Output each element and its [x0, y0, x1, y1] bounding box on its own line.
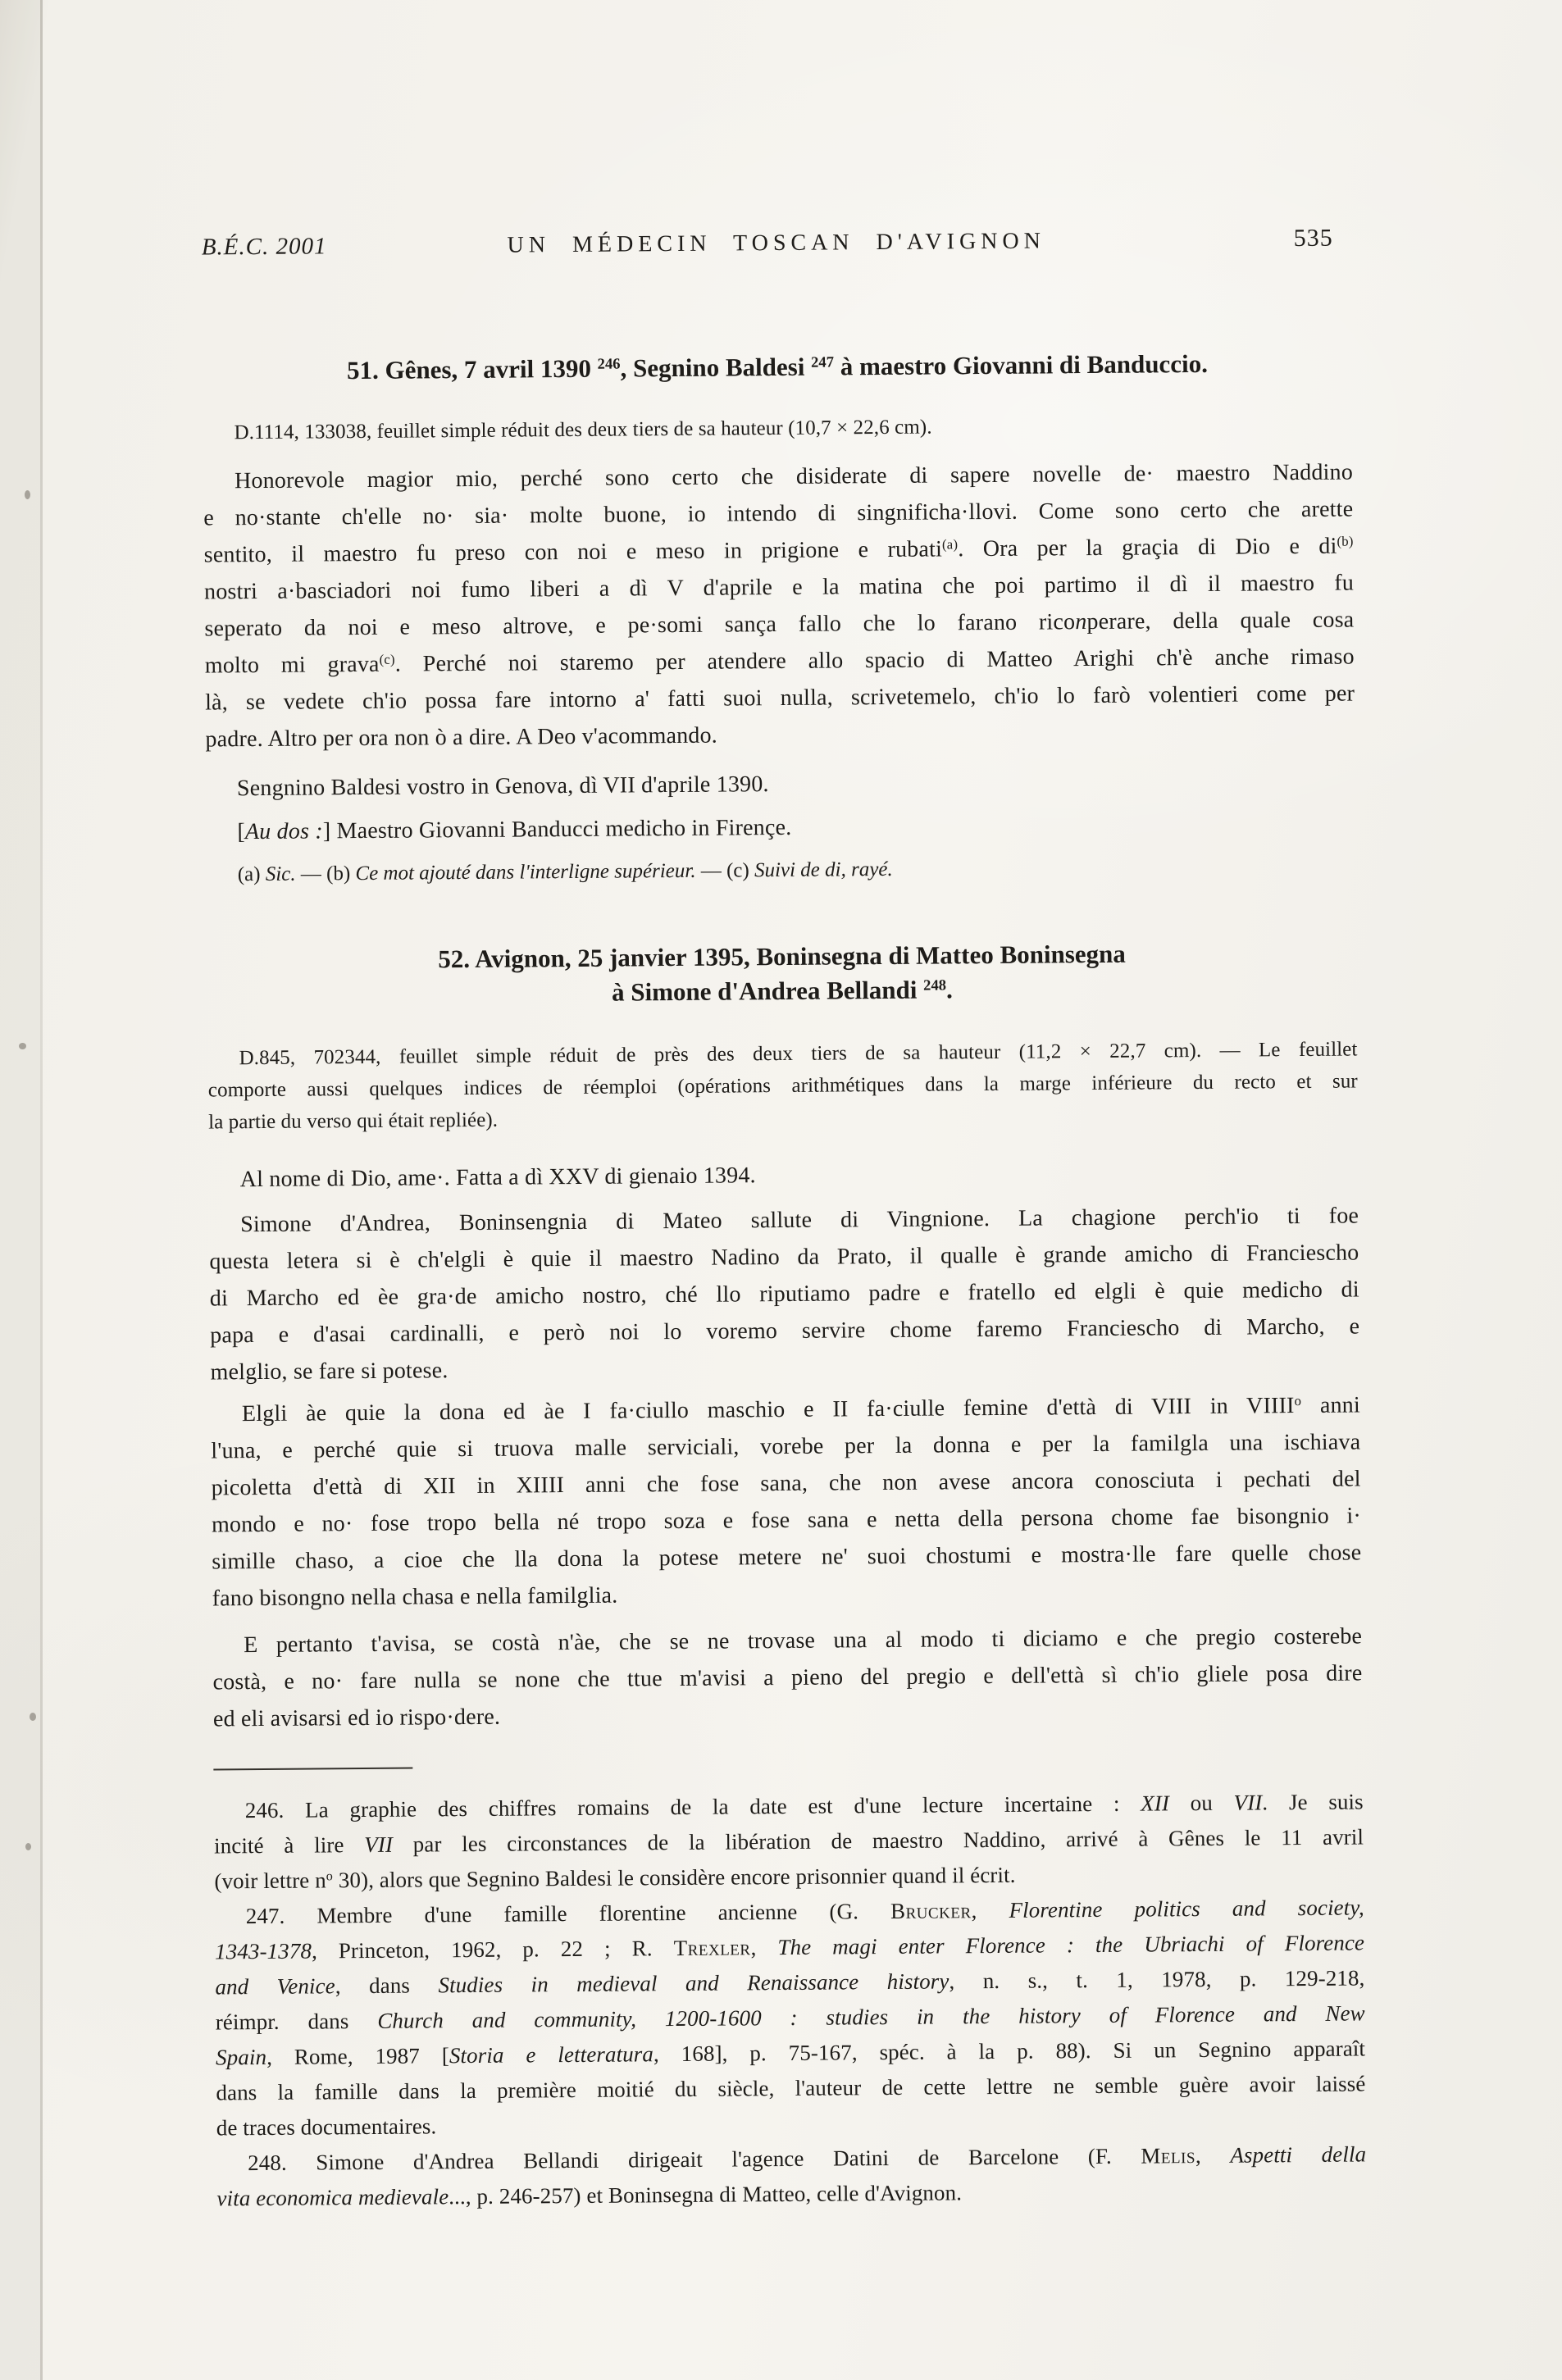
letter-51-source-note: D.1114, 133038, feuillet simple réduit d…: [203, 408, 1352, 449]
text-line: [Au dos :] Maestro Giovanni Banducci med…: [206, 804, 1355, 850]
letter-51-address: [Au dos :] Maestro Giovanni Banducci med…: [206, 804, 1355, 850]
text-line: fano bisongno nella chasa e nella familg…: [212, 1571, 1362, 1617]
text-line: (a) Sic. — (b) Ce mot ajouté dans l'inte…: [207, 849, 1356, 892]
page-content-tilt: B.É.C. 2001 UN MÉDECIN TOSCAN D'AVIGNON …: [0, 0, 1562, 2380]
text-line: Sengnino Baldesi vostro in Genova, dì VI…: [206, 761, 1355, 807]
text-line: 51. Gênes, 7 avril 1390 246, Segnino Bal…: [203, 346, 1352, 389]
letter-51-signature: Sengnino Baldesi vostro in Genova, dì VI…: [206, 761, 1355, 807]
footnote-247: 247. Membre d'une famille florentine anc…: [215, 1890, 1366, 2146]
page-content: B.É.C. 2001 UN MÉDECIN TOSCAN D'AVIGNON …: [0, 0, 1562, 2218]
text-line: D.1114, 133038, feuillet simple réduit d…: [203, 408, 1352, 449]
footnote-248: 248. Simone d'Andrea Bellandi dirigeait …: [216, 2137, 1367, 2216]
letter-51-apparatus: (a) Sic. — (b) Ce mot ajouté dans l'inte…: [207, 849, 1356, 892]
letter-52-paragraph-2: Elgli àe quie la dona ed àe I fa·ciullo …: [211, 1386, 1362, 1617]
letter-52-paragraph-3: E pertanto t'avisa, se costà n'àe, che s…: [212, 1618, 1363, 1737]
text-line: melglio, se fare si potese.: [210, 1345, 1359, 1390]
letter-52-heading: 52. Avignon, 25 janvier 1395, Boninsegna…: [207, 935, 1357, 1013]
scanned-journal-page: B.É.C. 2001 UN MÉDECIN TOSCAN D'AVIGNON …: [0, 0, 1562, 2380]
text-line: Al nome di Dio, ame·. Fatta a dì XXV di …: [209, 1152, 1359, 1198]
letter-52-source-note: D.845, 702344, feuillet simple réduit de…: [207, 1033, 1358, 1138]
page-number: 535: [1045, 224, 1351, 256]
footnote-246: 246. La graphie des chiffres romains de …: [214, 1784, 1364, 1899]
letter-51-heading: 51. Gênes, 7 avril 1390 246, Segnino Bal…: [203, 346, 1352, 389]
footnote-rule: [213, 1768, 412, 1771]
letter-52-date-line: Al nome di Dio, ame·. Fatta a dì XXV di …: [209, 1152, 1359, 1198]
text-line: ed eli avisarsi ed io rispo·dere.: [213, 1691, 1363, 1737]
text-line: padre. Altro per ora non ò a dire. A Deo…: [205, 712, 1355, 758]
running-title: UN MÉDECIN TOSCAN D'AVIGNON: [507, 226, 1045, 260]
running-header: B.É.C. 2001 UN MÉDECIN TOSCAN D'AVIGNON …: [202, 224, 1351, 263]
letter-52-paragraph-1: Simone d'Andrea, Boninsengnia di Mateo s…: [209, 1197, 1360, 1390]
journal-abbreviation: B.É.C. 2001: [202, 230, 508, 262]
letter-51-body: Honorevole magior mio, perché sono certo…: [203, 454, 1355, 758]
